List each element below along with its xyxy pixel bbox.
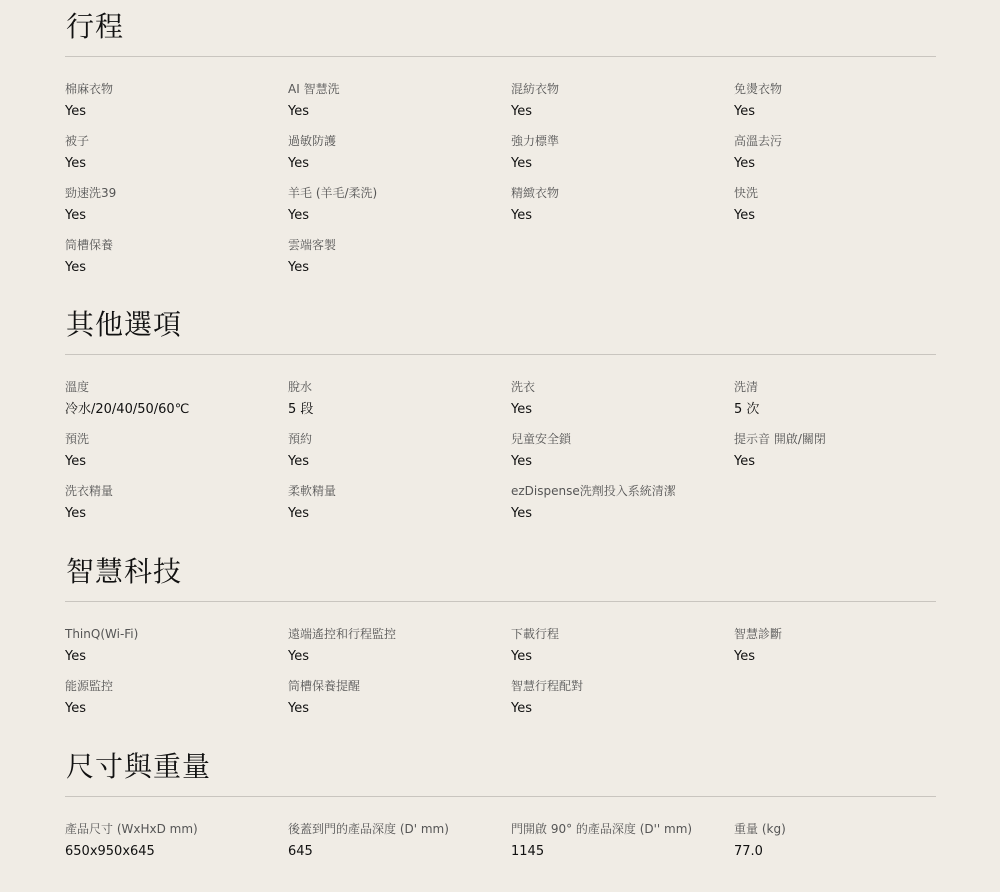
spec-label: 柔軟精量 <box>288 483 511 499</box>
spec-label: 免燙衣物 <box>734 81 936 97</box>
spec-item: 混紡衣物Yes <box>511 81 734 123</box>
spec-value: Yes <box>511 155 734 173</box>
spec-value: Yes <box>734 453 936 471</box>
spec-label: 脫水 <box>288 379 511 395</box>
spec-label: 後蓋到門的產品深度 (D' mm) <box>288 821 511 837</box>
spec-item: 強力標準Yes <box>511 133 734 175</box>
spec-label: 棉麻衣物 <box>65 81 288 97</box>
spec-label: 強力標準 <box>511 133 734 149</box>
spec-item: 勁速洗39Yes <box>65 185 288 227</box>
spec-item: 筒槽保養Yes <box>65 237 288 279</box>
spec-page: 行程 棉麻衣物Yes AI 智慧洗Yes 混紡衣物Yes 免燙衣物Yes 被子Y… <box>0 0 1000 892</box>
spec-value: 650x950x645 <box>65 843 288 861</box>
spec-label: 溫度 <box>65 379 288 395</box>
spec-label: 能源監控 <box>65 678 288 694</box>
spec-label: 筒槽保養提醒 <box>288 678 511 694</box>
spec-item: 洗衣精量Yes <box>65 483 288 525</box>
spec-value: Yes <box>288 505 511 523</box>
spec-value: 645 <box>288 843 511 861</box>
spec-value: Yes <box>511 505 734 523</box>
spec-item: 後蓋到門的產品深度 (D' mm)645 <box>288 821 511 863</box>
section-dimensions-weight: 尺寸與重量 產品尺寸 (WxHxD mm)650x950x645 後蓋到門的產品… <box>65 750 936 863</box>
spec-item: 重量 (kg)77.0 <box>734 821 936 863</box>
section-divider <box>65 56 936 57</box>
section-divider <box>65 796 936 797</box>
spec-grid: ThinQ(Wi-Fi)Yes 遠端遙控和行程監控Yes 下載行程Yes 智慧診… <box>65 626 936 720</box>
spec-label: 高溫去污 <box>734 133 936 149</box>
spec-label: 兒童安全鎖 <box>511 431 734 447</box>
spec-value: Yes <box>511 103 734 121</box>
spec-value: Yes <box>511 207 734 225</box>
spec-value: Yes <box>511 453 734 471</box>
spec-item: 柔軟精量Yes <box>288 483 511 525</box>
spec-label: 重量 (kg) <box>734 821 936 837</box>
spec-value: Yes <box>65 207 288 225</box>
section-divider <box>65 601 936 602</box>
section-divider <box>65 354 936 355</box>
spec-value: 5 段 <box>288 401 511 419</box>
spec-value: Yes <box>65 648 288 666</box>
spec-label: 提示音 開啟/關閉 <box>734 431 936 447</box>
spec-value: Yes <box>65 155 288 173</box>
spec-item: 快洗Yes <box>734 185 936 227</box>
spec-label: 雲端客製 <box>288 237 511 253</box>
spec-item: 門開啟 90° 的產品深度 (D'' mm)1145 <box>511 821 734 863</box>
spec-value: Yes <box>288 700 511 718</box>
spec-item: 脫水5 段 <box>288 379 511 421</box>
spec-value: 77.0 <box>734 843 936 861</box>
spec-label: 過敏防護 <box>288 133 511 149</box>
spec-value: Yes <box>65 259 288 277</box>
spec-item: 兒童安全鎖Yes <box>511 431 734 473</box>
spec-label: 遠端遙控和行程監控 <box>288 626 511 642</box>
spec-label: 下載行程 <box>511 626 734 642</box>
spec-label: 智慧診斷 <box>734 626 936 642</box>
spec-item: 過敏防護Yes <box>288 133 511 175</box>
spec-label: 被子 <box>65 133 288 149</box>
spec-label: 洗清 <box>734 379 936 395</box>
spec-label: 預洗 <box>65 431 288 447</box>
spec-value: Yes <box>734 103 936 121</box>
spec-value: 冷水/20/40/50/60℃ <box>65 401 288 419</box>
spec-value: Yes <box>511 401 734 419</box>
spec-label: 精緻衣物 <box>511 185 734 201</box>
spec-label: 產品尺寸 (WxHxD mm) <box>65 821 288 837</box>
spec-item: ThinQ(Wi-Fi)Yes <box>65 626 288 668</box>
spec-item: 提示音 開啟/關閉Yes <box>734 431 936 473</box>
spec-label: 快洗 <box>734 185 936 201</box>
spec-label: 筒槽保養 <box>65 237 288 253</box>
section-title: 其他選項 <box>65 308 936 342</box>
spec-label: 門開啟 90° 的產品深度 (D'' mm) <box>511 821 734 837</box>
section-smart-tech: 智慧科技 ThinQ(Wi-Fi)Yes 遠端遙控和行程監控Yes 下載行程Ye… <box>65 555 936 720</box>
section-other-options: 其他選項 溫度冷水/20/40/50/60℃ 脫水5 段 洗衣Yes 洗清5 次… <box>65 308 936 525</box>
spec-label: 勁速洗39 <box>65 185 288 201</box>
section-title: 尺寸與重量 <box>65 750 936 784</box>
spec-label: 洗衣精量 <box>65 483 288 499</box>
spec-item: 智慧診斷Yes <box>734 626 936 668</box>
spec-item: 免燙衣物Yes <box>734 81 936 123</box>
spec-value: Yes <box>511 648 734 666</box>
spec-value: Yes <box>65 700 288 718</box>
spec-label: 混紡衣物 <box>511 81 734 97</box>
spec-label: 智慧行程配對 <box>511 678 734 694</box>
spec-value: Yes <box>288 155 511 173</box>
spec-label: 羊毛 (羊毛/柔洗) <box>288 185 511 201</box>
spec-item: 羊毛 (羊毛/柔洗)Yes <box>288 185 511 227</box>
spec-value: Yes <box>288 259 511 277</box>
spec-label: AI 智慧洗 <box>288 81 511 97</box>
spec-item: 下載行程Yes <box>511 626 734 668</box>
spec-value: Yes <box>65 505 288 523</box>
spec-value: Yes <box>511 700 734 718</box>
spec-label: ThinQ(Wi-Fi) <box>65 626 288 642</box>
spec-item: 智慧行程配對Yes <box>511 678 734 720</box>
spec-value: Yes <box>734 155 936 173</box>
spec-item: 精緻衣物Yes <box>511 185 734 227</box>
spec-item: 預約Yes <box>288 431 511 473</box>
spec-item: 能源監控Yes <box>65 678 288 720</box>
spec-value: 5 次 <box>734 401 936 419</box>
spec-value: Yes <box>734 207 936 225</box>
spec-label: ezDispense洗劑投入系統清潔 <box>511 483 734 499</box>
spec-value: Yes <box>288 453 511 471</box>
spec-value: Yes <box>288 103 511 121</box>
spec-value: Yes <box>65 103 288 121</box>
spec-item: 被子Yes <box>65 133 288 175</box>
spec-label: 預約 <box>288 431 511 447</box>
spec-item: 雲端客製Yes <box>288 237 511 279</box>
spec-value: Yes <box>288 207 511 225</box>
spec-item: 洗衣Yes <box>511 379 734 421</box>
spec-item: ezDispense洗劑投入系統清潔Yes <box>511 483 734 525</box>
spec-value: Yes <box>65 453 288 471</box>
spec-item: 高溫去污Yes <box>734 133 936 175</box>
spec-grid: 棉麻衣物Yes AI 智慧洗Yes 混紡衣物Yes 免燙衣物Yes 被子Yes … <box>65 81 936 279</box>
spec-grid: 溫度冷水/20/40/50/60℃ 脫水5 段 洗衣Yes 洗清5 次 預洗Ye… <box>65 379 936 525</box>
section-title: 智慧科技 <box>65 555 936 589</box>
spec-item: 筒槽保養提醒Yes <box>288 678 511 720</box>
spec-value: Yes <box>288 648 511 666</box>
spec-item: 產品尺寸 (WxHxD mm)650x950x645 <box>65 821 288 863</box>
spec-item: 遠端遙控和行程監控Yes <box>288 626 511 668</box>
spec-grid: 產品尺寸 (WxHxD mm)650x950x645 後蓋到門的產品深度 (D'… <box>65 821 936 863</box>
spec-value: 1145 <box>511 843 734 861</box>
spec-item: 預洗Yes <box>65 431 288 473</box>
spec-label: 洗衣 <box>511 379 734 395</box>
section-title: 行程 <box>65 10 936 44</box>
spec-item: 洗清5 次 <box>734 379 936 421</box>
spec-item: AI 智慧洗Yes <box>288 81 511 123</box>
section-cycles: 行程 棉麻衣物Yes AI 智慧洗Yes 混紡衣物Yes 免燙衣物Yes 被子Y… <box>65 10 936 279</box>
spec-item: 溫度冷水/20/40/50/60℃ <box>65 379 288 421</box>
spec-item: 棉麻衣物Yes <box>65 81 288 123</box>
spec-value: Yes <box>734 648 936 666</box>
